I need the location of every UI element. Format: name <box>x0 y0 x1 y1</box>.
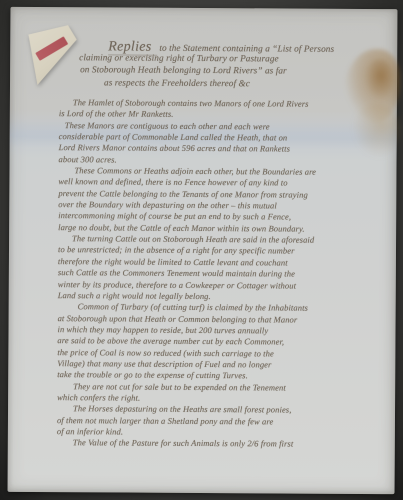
torn-paper-fragment-shape <box>26 25 78 85</box>
document-heading: Replies to the Statement containing a “L… <box>79 39 334 91</box>
document-body: The Hamlet of Stoborough contains two Ma… <box>57 97 379 451</box>
manuscript-paper-sheet: Replies to the Statement containing a “L… <box>8 7 398 494</box>
red-stamp-mark <box>35 36 68 61</box>
manuscript-line: as respects the Freeholders thereof &c <box>79 77 334 91</box>
manuscript-line: The Value of the Pasture for such Animal… <box>57 437 377 450</box>
torn-paper-fragment <box>26 25 78 85</box>
ink-stain-core <box>364 59 394 101</box>
